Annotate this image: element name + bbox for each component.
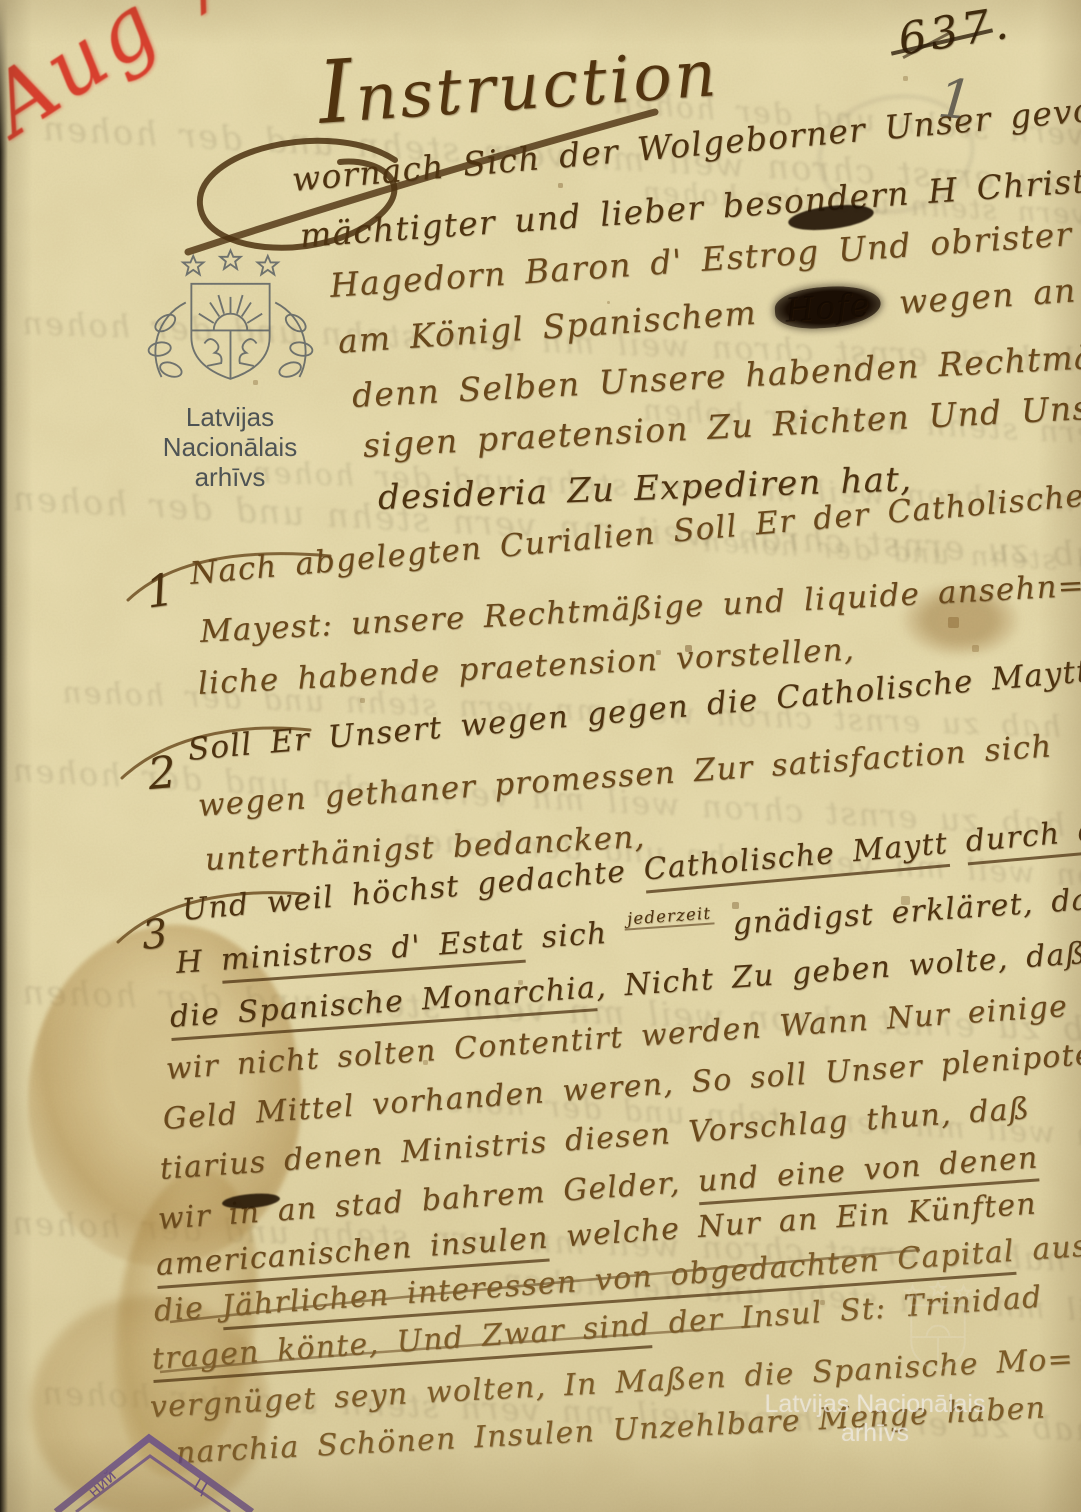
bleed-through-text: wern schen dem gnad hab zu ernst chron w… — [700, 525, 1081, 628]
archive-watermark-bottom: Latvijas Nacionālais arhīvs — [755, 1390, 995, 1448]
text-segment: Und weil höchst gedachte — [180, 853, 645, 928]
manuscript-line: wegen gethaner promessen Zur satisfactio… — [197, 728, 1054, 824]
bleed-through-text: wern schen dem gnad hab zu ernst chron w… — [40, 109, 1081, 231]
manuscript-line: H ministros d' Estat sich jederzeit gnäd… — [175, 880, 1081, 981]
page-title: Instruction — [315, 16, 722, 144]
stain — [902, 583, 1020, 657]
text-segment: liche habende praetension vorstellen, — [197, 632, 856, 702]
bleed-through-text: wern schen dem gnad hab zu ernst chron w… — [420, 1083, 1081, 1192]
manuscript-line: sigen praetension Zu Richten Und Unsere — [362, 385, 1081, 465]
archive-name-line1: Latvijas Nacionālais — [755, 1390, 995, 1419]
text-segment: mächtigter und lieber besondern H Christ… — [299, 158, 1081, 255]
item-number: 3 — [140, 911, 169, 959]
manuscript-line: denn Selben Unsere habenden Rechtmäs= — [351, 335, 1081, 415]
manuscript-line: mächtigter und lieber besondern H Christ… — [299, 158, 1081, 255]
archive-name-line2: arhīvs — [755, 1419, 995, 1448]
bleed-through-text: wern schen dem gnad hab zu ernst chron w… — [60, 675, 1081, 759]
text-segment: gnädigst erkläret, daß: — [714, 880, 1081, 943]
manuscript-line: am Königl Spanischem Hofe wegen an — [337, 270, 1078, 361]
inserted-word: jederzeit — [623, 903, 715, 930]
bleed-through-text: wern schen dem gnad hab zu ernst chron w… — [400, 823, 1081, 932]
underlined-text: die Spanische Monarchia — [169, 970, 598, 1041]
manuscript-line: liche habende praetension vorstellen, — [197, 632, 856, 702]
item-number: 1 — [143, 564, 178, 618]
archive-name-line2: arhīvs — [120, 462, 340, 492]
text-segment: unterthänigst bedancken, — [204, 819, 646, 878]
bleed-through-text: wern schen dem gnad hab zu ernst chron w… — [10, 751, 1081, 867]
bleed-through-text: wern schen dem gnad hab zu ernst chron w… — [611, 86, 1081, 220]
stamp-letters-left: ний — [84, 1466, 120, 1501]
item-number: 2 — [146, 747, 178, 800]
stain — [0, 907, 329, 1286]
underlined-text: durch dro — [964, 810, 1081, 865]
text-segment: die — [153, 1289, 223, 1329]
text-segment — [946, 825, 967, 861]
text-segment: wir nicht solten Contentirt werden Wann … — [165, 989, 1069, 1087]
strike-through-line — [891, 28, 993, 55]
ink-blot — [222, 1191, 281, 1210]
pencil-smudge-ring — [809, 83, 983, 224]
manuscript-line: wornach Sich der Wolgeborner Unser gevol… — [290, 85, 1081, 199]
manuscript-scan-page: wern schen dem gnad hab zu ernst chron w… — [0, 0, 1081, 1512]
archive-watermark-left: Latvijas Nacionālais arhīvs — [120, 248, 340, 492]
text-segment: am Königl Spanischem — [337, 291, 777, 360]
old-folio-number: 637. — [895, 0, 1016, 66]
text-segment: Mayest: unsere Rechtmäßige und liquide a… — [199, 568, 1081, 650]
text-segment: wornach Sich der Wolgeborner Unser gevol… — [290, 85, 1081, 199]
manuscript-line: tiarius denen Ministris diesen Vorschlag… — [159, 1091, 1031, 1187]
bleed-through-text: wern schen dem gnad hab zu ernst chron w… — [10, 479, 1081, 601]
manuscript-line: die Spanische Monarchia, Nicht Zu geben … — [169, 936, 1081, 1035]
manuscript-line: wir in an stad bahrem Gelder, und eine v… — [157, 1140, 1040, 1236]
scan-left-edge — [0, 0, 8, 1512]
manuscript-line: Hagedorn Baron d' Estrog Und obrister — [329, 214, 1074, 305]
red-crayon-annotation: Aug 75 — [0, 0, 299, 154]
text-segment: wegen an — [879, 270, 1078, 323]
text-segment: desideria Zu Expediren hat, — [377, 459, 912, 518]
text-segment: Nach abgelegten Curialien Soll Er der Ca… — [188, 476, 1081, 592]
bleed-through-text: wern schen dem gnad hab zu ernst chron w… — [20, 973, 1081, 1068]
text-segment: denn Selben Unsere habenden Rechtmäs= — [351, 335, 1081, 415]
manuscript-line: Mayest: unsere Rechtmäßige und liquide a… — [199, 568, 1081, 650]
text-segment: Geld Mittel vorhanden weren, So soll Uns… — [162, 1036, 1081, 1137]
archive-stamp: ний Ц — [44, 1424, 264, 1512]
text-segment: wegen gethaner promessen Zur satisfactio… — [197, 728, 1054, 824]
underlined-text: americanischen insulen — [155, 1221, 550, 1289]
underlined-text: tragen könte, Und Zwar sind — [151, 1307, 653, 1383]
archive-name-line1: Latvijas Nacionālais — [120, 402, 340, 462]
blotted-word: Hofe — [774, 283, 882, 331]
manuscript-line: wir nicht solten Contentirt werden Wann … — [165, 989, 1069, 1087]
latvia-coat-of-arms-faint-icon — [868, 1266, 1008, 1398]
underlined-text: Catholische Maytt — [642, 826, 950, 893]
manuscript-line: unterthänigst bedancken, — [204, 819, 646, 878]
text-segment: tiarius denen Ministris diesen Vorschlag… — [159, 1091, 1031, 1187]
latvia-coat-of-arms-icon — [128, 248, 333, 398]
text-segment: H — [175, 943, 222, 981]
bleed-through-text: wern schen dem gnad hab zu ernst chron w… — [250, 455, 1081, 539]
strike-through-line — [902, 32, 949, 59]
underlined-text: ministros d' Estat — [220, 922, 526, 984]
ink-blot — [787, 201, 875, 234]
manuscript-line: Nach abgelegten Curialien Soll Er der Ca… — [188, 476, 1081, 592]
text-segment: aus= — [1013, 1227, 1081, 1269]
manuscript-line: desideria Zu Expediren hat, — [377, 459, 912, 518]
text-segment: Soll Er Unsert wegen gegen die Catholisc… — [186, 653, 1081, 768]
text-segment: sich — [523, 915, 627, 957]
text-segment: wir in an stad bahrem Gelder, — [157, 1164, 699, 1237]
text-segment: sigen praetension Zu Richten Und Unsere — [362, 385, 1081, 465]
text-segment: Hagedorn Baron d' Estrog Und obrister — [329, 214, 1074, 305]
manuscript-line: Geld Mittel vorhanden weren, So soll Uns… — [162, 1036, 1081, 1137]
manuscript-line: Und weil höchst gedachte Catholische May… — [180, 810, 1081, 928]
manuscript-line: Soll Er Unsert wegen gegen die Catholisc… — [186, 653, 1081, 768]
text-segment: welche Nur an Ein Künften — [547, 1186, 1038, 1255]
pencil-folio-number: 1 — [935, 67, 975, 133]
underlined-text: und eine von denen — [697, 1140, 1040, 1205]
bleed-through-text: wern schen dem gnad hab zu ernst chron w… — [640, 175, 1081, 278]
bleed-through-text: wern schen dem gnad hab zu ernst chron w… — [640, 393, 1081, 502]
text-segment: , Nicht Zu geben wolte, daß — [595, 936, 1081, 1005]
